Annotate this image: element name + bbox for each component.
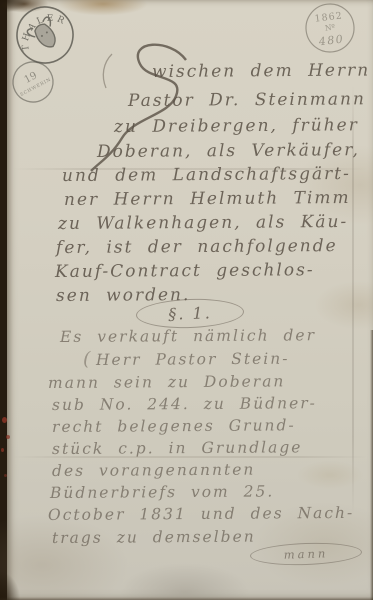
manuscript-line: Herr Pastor Stein-	[96, 350, 290, 369]
date-stamp: 19 SCHWERIN	[9, 58, 57, 106]
wax-speck	[2, 417, 7, 423]
manuscript-line: zu Dreibergen, früher zu	[114, 115, 373, 137]
manuscript-line: wischen dem Herrn	[152, 60, 370, 82]
wax-speck	[1, 448, 4, 452]
manuscript-line: Es verkauft nämlich der	[60, 326, 316, 346]
manuscript-line: des vorangenannten	[52, 461, 255, 480]
manuscript-line: Kauf-Contract geschlos-	[55, 260, 315, 282]
catchword: mann	[283, 546, 328, 562]
section-heading: §. 1.	[168, 303, 212, 324]
pen-flourish: (	[83, 348, 90, 370]
registry-stamp: 1862 Nº 480	[302, 0, 358, 56]
document-photo: THALER 19 SCHWERIN	[0, 0, 373, 600]
manuscript-line: sub No. 244. zu Büdner-	[52, 394, 317, 414]
manuscript-line: ner Herrn Helmuth Timm	[64, 188, 351, 210]
manuscript-line: mann sein zu Doberan	[48, 372, 286, 392]
manuscript-line: zu Walkenhagen, als Käu-	[58, 212, 348, 234]
manuscript-line: und dem Landschaftsgärt-	[62, 164, 351, 186]
wax-speck	[4, 474, 7, 477]
backing-corner-top-left	[0, 0, 32, 13]
wax-speck	[6, 435, 10, 439]
manuscript-line: stück c.p. in Grundlage	[52, 438, 303, 458]
manuscript-line: Doberan, als Verkäufer,	[97, 140, 360, 162]
registry-stamp-number: 480	[317, 32, 345, 48]
manuscript-line: fer, ist der nachfolgende	[56, 236, 338, 258]
manuscript-line: Büdnerbriefs vom 25.	[50, 482, 274, 502]
manuscript-line: October 1831 und des Nach-	[48, 504, 354, 524]
backing-corner-bottom-left	[0, 572, 20, 600]
registry-stamp-no: Nº	[324, 22, 336, 32]
manuscript-line: Pastor Dr. Steinmann	[128, 89, 366, 111]
manuscript-line: recht belegenes Grund-	[52, 416, 296, 436]
manuscript-line: trags zu demselben	[52, 528, 256, 547]
